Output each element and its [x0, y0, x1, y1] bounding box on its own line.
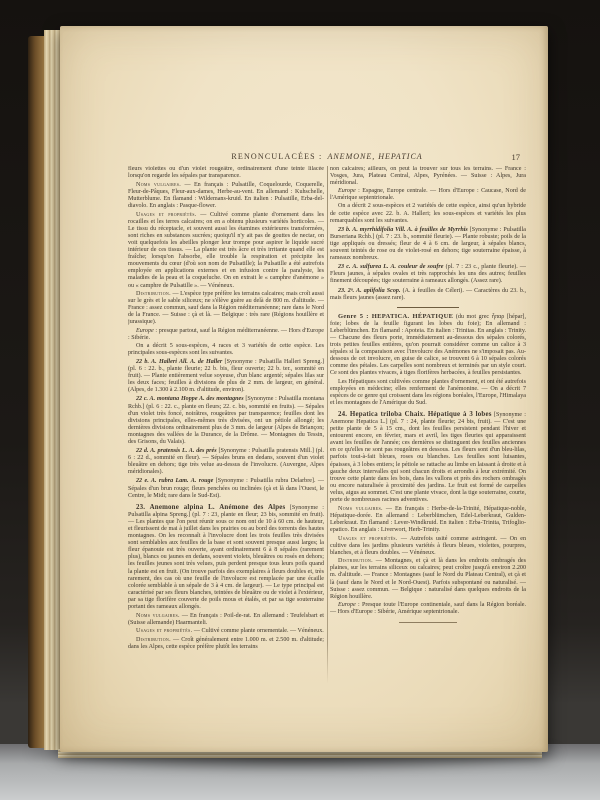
paragraph-text: — Cultivé comme plante d'ornement dans l… [128, 212, 324, 289]
paragraph-text: Les Hépatiques sont cultivées comme plan… [330, 379, 526, 406]
paragraph-lead: Distribution. [338, 558, 373, 564]
right-column: non calcaires; ailleurs, on peut la trou… [330, 166, 526, 684]
paragraph-lead: Usages et propriétés. [136, 212, 197, 218]
paragraph-text: — Cultivé comme plante ornementale. — Vé… [192, 628, 323, 634]
paragraph-lead: 23. 2ᵃ. A. apiifolia Scop. [338, 288, 401, 294]
paragraph-lead: Noms vulgaires. [136, 613, 180, 619]
paragraph: Usages et propriétés. — Cultivé comme pl… [128, 628, 324, 635]
chapter-family-title: RENONCULACÉES : [231, 152, 322, 161]
paragraph-lead: Europe [136, 328, 154, 334]
paragraph-text: [Synonyme : Pulsatilla montana Rchb.] (p… [128, 396, 324, 445]
paragraph-lead: Noms vulgaires. [338, 506, 383, 512]
paragraph-lead: Genre 5 : HEPATICA. HÉPATIQUE [338, 313, 453, 320]
paragraph-lead: 22 e. A. rubra Lam. A. rouge [136, 478, 213, 484]
page-number: 17 [512, 152, 521, 162]
paragraph: Usages et propriétés. — Cultivé comme pl… [128, 212, 324, 290]
paragraph-text: (du mot grec ἧπαρ [hépar], foie; lobes d… [330, 314, 526, 377]
paragraph-lead: 22 b. A. Halleri All. A. de Haller [136, 359, 222, 365]
end-of-article-rule [399, 622, 457, 623]
paragraph: Noms vulgaires. — En français : Herbe-de… [330, 506, 526, 534]
left-column: fleurs violettes ou d'un violet rougeâtr… [128, 166, 324, 684]
paragraph: 23. Anemone alpina L. Anémone des Alpes … [128, 504, 324, 611]
paragraph-lead: Europe [338, 602, 356, 608]
paragraph-text: non calcaires; ailleurs, on peut la trou… [330, 166, 526, 186]
chapter-genera-title: ANEMONE, HEPATICA [327, 152, 422, 161]
paragraph: Distribution. — Croît généralement entre… [128, 637, 324, 651]
paragraph-text: [Synonyme : Anemone Hepatica L.] (pl. 7 … [330, 412, 526, 503]
paragraph: Distribution. — Montagnes, et çà et là d… [330, 558, 526, 601]
right-column-top-section: non calcaires; ailleurs, on peut la trou… [330, 166, 526, 302]
paragraph-text: fleurs violettes ou d'un violet rougeâtr… [128, 166, 324, 179]
paragraph: 22 c. A. montana Hoppe A. des montagnes … [128, 396, 324, 446]
paragraph-text: : Presque toute l'Europe continentale, s… [330, 602, 526, 615]
paragraph-lead: Noms vulgaires. [136, 182, 181, 188]
paragraph-text: On a décrit 5 sous-espèces, 4 races et 3… [128, 343, 324, 356]
paragraph: non calcaires; ailleurs, on peut la trou… [330, 166, 526, 187]
paragraph: Usages et propriétés. — Autrefois usité … [330, 536, 526, 557]
text-block: fleurs violettes ou d'un violet rougeâtr… [128, 166, 526, 684]
paragraph: 24. Hepatica triloba Chaix. Hépatique à … [330, 411, 526, 504]
paragraph: Les Hépatiques sont cultivées comme plan… [330, 379, 526, 407]
paragraph-lead: Distribution. [136, 637, 171, 643]
book-page: RENONCULACÉES :ANEMONE, HEPATICA 17 fleu… [60, 26, 548, 752]
paragraph-text: [Synonyme : Pulsatilla alpina Spreng.] (… [128, 505, 324, 610]
paragraph-lead: Usages et propriétés. [136, 628, 192, 634]
paragraph: Genre 5 : HEPATICA. HÉPATIQUE (du mot gr… [330, 313, 526, 378]
paragraph-lead: 22 d. A. pratensis L. A. des prés [136, 448, 217, 454]
paragraph: 22 b. A. Halleri All. A. de Haller [Syno… [128, 359, 324, 394]
paragraph-text: : presque partout, sauf la Région médite… [128, 328, 324, 341]
paragraph: On a décrit 2 sous-espèces et 2 variétés… [330, 203, 526, 224]
paragraph: Distribution. — L'espèce type préfère le… [128, 291, 324, 326]
paragraph-text: : Espagne, Europe centrale. — Hors d'Eur… [330, 188, 526, 201]
paragraph-lead: Usages et propriétés. [338, 536, 398, 542]
paragraph: 23 b. A. myrrhidifolia Vill. A. à feuill… [330, 227, 526, 262]
paragraph: 23. 2ᵃ. A. apiifolia Scop. (A. à feuille… [330, 288, 526, 302]
paragraph-lead: Distribution. [136, 291, 171, 297]
paragraph: On a décrit 5 sous-espèces, 4 races et 3… [128, 343, 324, 357]
paragraph: Europe : Presque toute l'Europe continen… [330, 602, 526, 616]
column-divider-rule [327, 166, 328, 684]
paragraph: 23 c. A. sulfurea L. A. couleur de soufr… [330, 264, 526, 285]
paragraph-lead: Europe [338, 188, 356, 194]
paragraph: Europe : Espagne, Europe centrale. — Hor… [330, 188, 526, 202]
running-head: RENONCULACÉES :ANEMONE, HEPATICA 17 [128, 152, 526, 164]
paragraph-lead: 23. Anemone alpina L. Anémone des Alpes [136, 504, 285, 511]
photo-scene: RENONCULACÉES :ANEMONE, HEPATICA 17 fleu… [0, 0, 600, 800]
paragraph-lead: 24. Hepatica triloba Chaix. Hépatique à … [338, 411, 492, 418]
paragraph: fleurs violettes ou d'un violet rougeâtr… [128, 166, 324, 180]
paragraph-lead: 23 b. A. myrrhidifolia Vill. A. à feuill… [338, 227, 468, 233]
paragraph: 22 d. A. pratensis L. A. des prés [Synon… [128, 448, 324, 476]
right-column-bottom-section: Genre 5 : HEPATICA. HÉPATIQUE (du mot gr… [330, 313, 526, 616]
paragraph: Noms vulgaires. — En français : Pulsatil… [128, 182, 324, 210]
paragraph-text: — Montagnes, et çà et là dans les endroi… [330, 558, 526, 599]
paragraph-text: On a décrit 2 sous-espèces et 2 variétés… [330, 203, 526, 223]
paragraph-lead: 23 c. A. sulfurea L. A. couleur de soufr… [338, 264, 443, 270]
paragraph-lead: 22 c. A. montana Hoppe A. des montagnes [136, 396, 244, 402]
paragraph: 22 e. A. rubra Lam. A. rouge [Synonyme :… [128, 478, 324, 499]
paragraph: Noms vulgaires. — En français : Poil-de-… [128, 613, 324, 627]
section-divider-rule [397, 307, 459, 308]
paragraph: Europe : presque partout, sauf la Région… [128, 328, 324, 342]
